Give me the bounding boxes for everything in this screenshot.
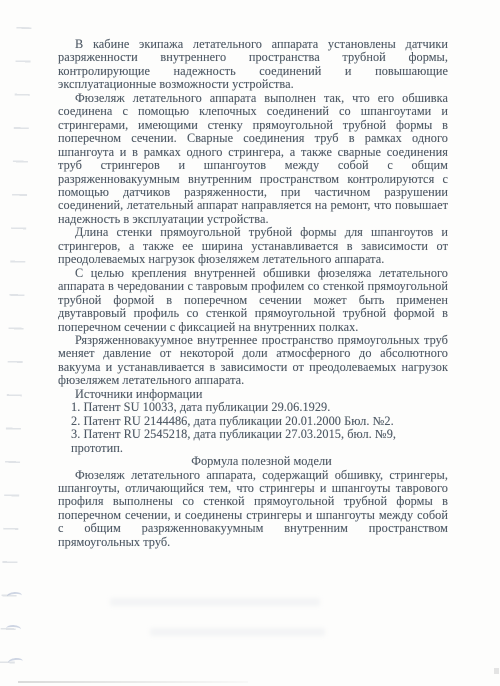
- source-item-1: 1. Патент SU 10033, дата публикации 29.0…: [58, 401, 448, 414]
- formula-heading: Формула полезной модели: [58, 455, 448, 468]
- document-text-block: В кабине экипажа летательного аппарата у…: [58, 38, 448, 549]
- bleed-through-ghost-text: [150, 628, 325, 636]
- left-margin-perforation-marks: [0, 27, 31, 672]
- paragraph-fuselage-description: Фюзеляж летательного аппарата выполнен т…: [58, 92, 448, 227]
- source-item-3: 3. Патент RU 2545218, дата публикации 27…: [58, 428, 448, 455]
- scanned-patent-page: В кабине экипажа летательного аппарата у…: [0, 0, 500, 686]
- scan-right-edge-artifact: [494, 668, 499, 674]
- paragraph-inner-skin-mounting: С целью крепления внутренней обшивки фюз…: [58, 267, 448, 334]
- formula-paragraph: Фюзеляж летательного аппарата, содержащи…: [58, 469, 448, 550]
- blue-pen-mark: [6, 625, 21, 634]
- paragraph-sensors: В кабине экипажа летательного аппарата у…: [58, 38, 448, 92]
- bleed-through-ghost-text: [110, 598, 320, 606]
- blue-pen-mark: [8, 657, 24, 667]
- paragraph-wall-dimensions: Длина стенки прямоугольной трубной формы…: [58, 226, 448, 266]
- source-item-2: 2. Патент RU 2144486, дата публикации 20…: [58, 415, 448, 428]
- scan-bottom-edge-shadow: [18, 681, 248, 683]
- blue-pen-mark: [7, 591, 23, 600]
- paragraph-vacuum-space: Рязряженновакуумное внутреннее пространс…: [58, 334, 448, 388]
- sources-heading: Источники информации: [58, 388, 448, 401]
